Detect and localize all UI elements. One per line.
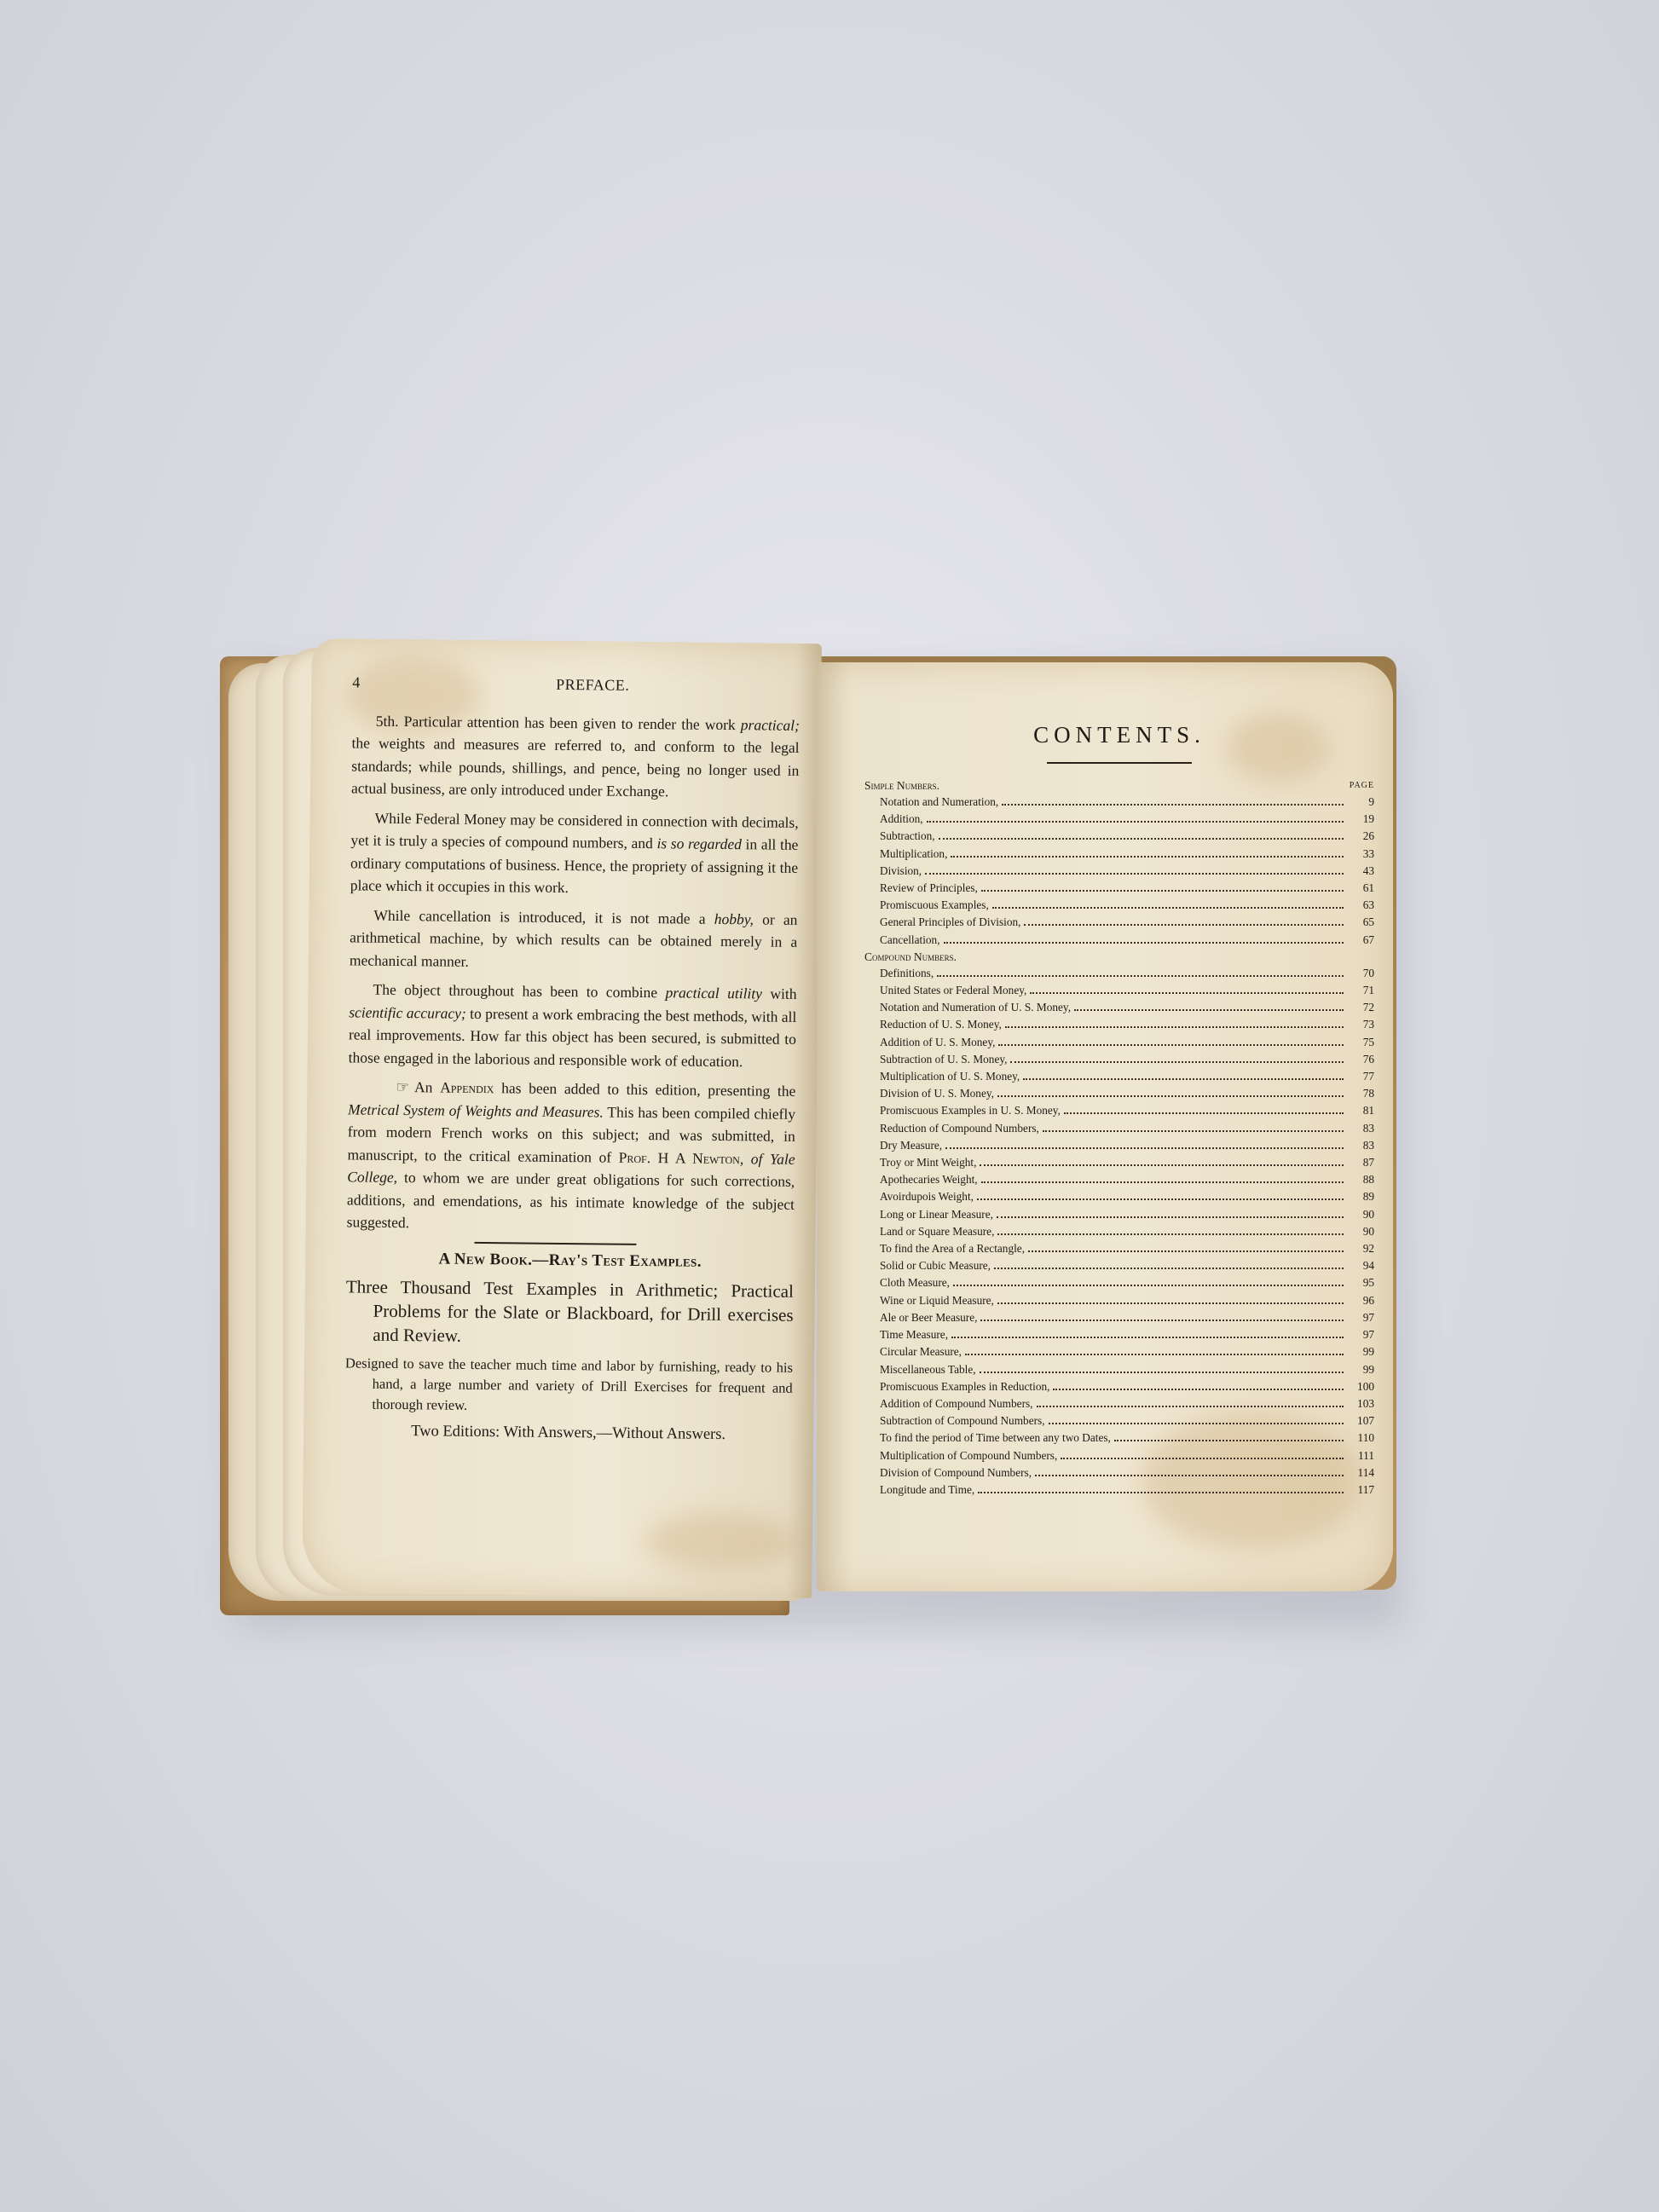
toc-entry-page-number: 9	[1349, 794, 1374, 811]
table-of-contents: Simple Numbers.PAGENotation and Numerati…	[864, 777, 1374, 1499]
dot-leader	[980, 1164, 1344, 1166]
toc-entry-label: Multiplication,	[880, 846, 947, 863]
toc-entry: Division,43	[864, 863, 1374, 880]
toc-entry-label: Cloth Measure,	[880, 1274, 950, 1291]
toc-entry: Division of U. S. Money,78	[864, 1085, 1374, 1102]
toc-entry-label: Solid or Cubic Measure,	[880, 1257, 991, 1274]
toc-entry-page-number: 72	[1349, 999, 1374, 1016]
toc-entry-label: Addition of U. S. Money,	[880, 1034, 995, 1051]
toc-entry: Reduction of U. S. Money,73	[864, 1016, 1374, 1033]
dot-leader	[994, 1268, 1344, 1269]
dot-leader	[1049, 1423, 1344, 1424]
toc-entry-page-number: 95	[1349, 1274, 1374, 1291]
text-italic: practical;	[741, 716, 800, 734]
toc-entry-page-number: 63	[1349, 897, 1374, 914]
toc-entry-label: Promiscuous Examples in U. S. Money,	[880, 1102, 1061, 1119]
running-head-title: PREFACE.	[556, 673, 629, 696]
text: has been added to this edition, presenti…	[494, 1079, 795, 1100]
running-header: 4 PREFACE.	[352, 671, 800, 698]
toc-entry-page-number: 26	[1349, 828, 1374, 845]
page-column-label: PAGE	[1350, 777, 1374, 794]
toc-entry: United States or Federal Money,71	[864, 982, 1374, 999]
dot-leader	[927, 821, 1344, 823]
toc-entry-label: Dry Measure,	[880, 1137, 942, 1154]
toc-entry-page-number: 83	[1349, 1120, 1374, 1137]
dot-leader	[997, 1095, 1344, 1097]
toc-entry-page-number: 90	[1349, 1206, 1374, 1223]
dot-leader	[945, 1147, 1344, 1149]
toc-entry-label: Division of Compound Numbers,	[880, 1464, 1032, 1481]
text-italic: is so regarded	[656, 835, 742, 852]
toc-entry: Cloth Measure,95	[864, 1274, 1374, 1291]
section-heading-label: Simple Numbers.	[864, 777, 939, 794]
page-number: 4	[352, 671, 360, 694]
toc-entry-page-number: 73	[1349, 1016, 1374, 1033]
toc-entry: Multiplication of U. S. Money,77	[864, 1068, 1374, 1085]
dot-leader	[1043, 1130, 1344, 1132]
dot-leader	[1005, 1026, 1344, 1028]
toc-entry: To find the period of Time between any t…	[864, 1429, 1374, 1447]
toc-entry-label: Subtraction,	[880, 828, 935, 845]
toc-entry: Time Measure,97	[864, 1326, 1374, 1343]
toc-entry-label: Wine or Liquid Measure,	[880, 1292, 994, 1309]
toc-entry-page-number: 87	[1349, 1154, 1374, 1171]
toc-entry-label: Addition of Compound Numbers,	[880, 1395, 1033, 1412]
toc-entry-label: Troy or Mint Weight,	[880, 1154, 976, 1171]
toc-entry: Reduction of Compound Numbers,83	[864, 1120, 1374, 1137]
contents-title: CONTENTS.	[864, 722, 1374, 748]
toc-entry-label: Subtraction of U. S. Money,	[880, 1051, 1007, 1068]
toc-entry-page-number: 110	[1349, 1429, 1374, 1447]
toc-entry-page-number: 89	[1349, 1188, 1374, 1205]
toc-entry-label: Reduction of U. S. Money,	[880, 1016, 1002, 1033]
toc-entry-page-number: 61	[1349, 880, 1374, 897]
toc-entry-page-number: 33	[1349, 846, 1374, 863]
dot-leader	[1053, 1389, 1344, 1390]
toc-entry: Miscellaneous Table,99	[864, 1361, 1374, 1378]
toc-entry-page-number: 65	[1349, 914, 1374, 931]
toc-entry: Dry Measure,83	[864, 1137, 1374, 1154]
toc-entry: Addition of Compound Numbers,103	[864, 1395, 1374, 1412]
preface-paragraph: 5th. Particular attention has been given…	[351, 709, 800, 804]
toc-entry-page-number: 103	[1349, 1395, 1374, 1412]
text-italic: practical utility	[665, 984, 762, 1002]
toc-entry-label: Ale or Beer Measure,	[880, 1309, 977, 1326]
text-italic: Metrical System of Weights and Measures.	[348, 1100, 604, 1120]
text: with	[762, 985, 797, 1002]
dot-leader	[980, 1372, 1344, 1373]
toc-entry: Promiscuous Examples,63	[864, 897, 1374, 914]
toc-entry: Avoirdupois Weight,89	[864, 1188, 1374, 1205]
dot-leader	[981, 1181, 1344, 1183]
toc-entry-page-number: 90	[1349, 1223, 1374, 1240]
toc-entry: Apothecaries Weight,88	[864, 1171, 1374, 1188]
toc-entry: Addition of U. S. Money,75	[864, 1034, 1374, 1051]
text: The object throughout has been to combin…	[373, 981, 665, 1002]
toc-entry-page-number: 88	[1349, 1171, 1374, 1188]
toc-entry: Longitude and Time,117	[864, 1481, 1374, 1499]
dot-leader	[997, 1302, 1344, 1304]
dot-leader	[951, 856, 1344, 858]
toc-section-heading: Compound Numbers.	[864, 949, 1374, 965]
toc-entry-label: Multiplication of Compound Numbers,	[880, 1447, 1057, 1464]
toc-entry-label: Subtraction of Compound Numbers,	[880, 1412, 1045, 1429]
preface-paragraph: The object throughout has been to combin…	[349, 978, 797, 1072]
toc-entry: Promiscuous Examples in U. S. Money,81	[864, 1102, 1374, 1119]
text: 5th. Particular attention has been given…	[376, 712, 741, 732]
advertisement-description: Designed to save the teacher much time a…	[344, 1353, 793, 1418]
dot-leader	[981, 890, 1344, 892]
toc-entry-label: Longitude and Time,	[880, 1481, 974, 1499]
dot-leader	[1035, 1475, 1344, 1476]
text: to whom we are under great obligations f…	[347, 1169, 795, 1231]
appendix-note-paragraph: ☞An Appendix has been added to this edit…	[347, 1075, 796, 1238]
toc-entry-page-number: 97	[1349, 1309, 1374, 1326]
dot-leader	[1028, 1250, 1344, 1252]
contents-block: CONTENTS. Simple Numbers.PAGENotation an…	[864, 722, 1374, 1499]
dot-leader	[953, 1285, 1344, 1286]
text-small-caps: Appendix	[440, 1079, 494, 1097]
toc-entry: Definitions,70	[864, 965, 1374, 982]
toc-entry: Subtraction of Compound Numbers,107	[864, 1412, 1374, 1429]
text: the weights and measures are referred to…	[351, 734, 800, 800]
toc-entry: Multiplication,33	[864, 846, 1374, 863]
left-page-preface: 4 PREFACE. 5th. Particular attention has…	[302, 638, 822, 1598]
toc-entry-label: Division of U. S. Money,	[880, 1085, 994, 1102]
text: While cancellation is introduced, it is …	[373, 906, 714, 927]
foxing-stain	[643, 1511, 797, 1573]
toc-entry-label: Multiplication of U. S. Money,	[880, 1068, 1020, 1085]
dot-leader	[1037, 1406, 1344, 1407]
dot-leader	[998, 1044, 1344, 1046]
toc-entry-page-number: 92	[1349, 1240, 1374, 1257]
toc-entry-label: Review of Principles,	[880, 880, 978, 897]
toc-entry-page-number: 117	[1349, 1481, 1374, 1499]
toc-entry-label: Definitions,	[880, 965, 934, 982]
dot-leader	[937, 975, 1344, 977]
toc-entry: General Principles of Division,65	[864, 914, 1374, 931]
toc-entry-label: Notation and Numeration,	[880, 794, 998, 811]
title-rule	[1047, 762, 1192, 764]
dot-leader	[997, 1233, 1344, 1235]
toc-entry-page-number: 111	[1349, 1447, 1374, 1464]
toc-entry-page-number: 83	[1349, 1137, 1374, 1154]
toc-entry: Troy or Mint Weight,87	[864, 1154, 1374, 1171]
advertisement-heading: A New Book.—Ray's Test Examples.	[346, 1247, 794, 1274]
dot-leader	[1030, 992, 1344, 994]
dot-leader	[939, 838, 1344, 840]
section-heading-label: Compound Numbers.	[864, 949, 957, 965]
advertisement-headline: Three Thousand Test Examples in Arithmet…	[345, 1274, 794, 1350]
advertisement-editions: Two Editions: With Answers,—Without Answ…	[344, 1419, 792, 1447]
toc-entry-label: Cancellation,	[880, 932, 940, 949]
dot-leader	[1061, 1458, 1344, 1459]
text-italic: scientific accuracy;	[349, 1003, 466, 1021]
toc-entry-label: Promiscuous Examples,	[880, 897, 989, 914]
toc-entry-label: Division,	[880, 863, 922, 880]
dot-leader	[951, 1337, 1344, 1338]
toc-entry-page-number: 81	[1349, 1102, 1374, 1119]
text-small-caps: Prof. H A Newton,	[619, 1148, 744, 1167]
toc-entry-page-number: 71	[1349, 982, 1374, 999]
toc-entry-page-number: 99	[1349, 1343, 1374, 1360]
dot-leader	[944, 942, 1344, 944]
toc-entry-page-number: 114	[1349, 1464, 1374, 1481]
dot-leader	[1024, 924, 1344, 926]
toc-entry-label: Apothecaries Weight,	[880, 1171, 978, 1188]
toc-entry: Notation and Numeration,9	[864, 794, 1374, 811]
toc-entry: To find the Area of a Rectangle,92	[864, 1240, 1374, 1257]
dot-leader	[997, 1216, 1344, 1218]
dot-leader	[1010, 1061, 1344, 1063]
toc-entry-label: Avoirdupois Weight,	[880, 1188, 974, 1205]
toc-entry-page-number: 99	[1349, 1361, 1374, 1378]
dot-leader	[980, 1320, 1344, 1321]
toc-entry-label: Reduction of Compound Numbers,	[880, 1120, 1039, 1137]
right-page-contents: CONTENTS. Simple Numbers.PAGENotation an…	[817, 662, 1393, 1591]
toc-entry-label: Addition,	[880, 811, 923, 828]
toc-section-heading: Simple Numbers.PAGE	[864, 777, 1374, 794]
toc-entry-label: Long or Linear Measure,	[880, 1206, 993, 1223]
toc-entry: Wine or Liquid Measure,96	[864, 1292, 1374, 1309]
toc-entry-label: United States or Federal Money,	[880, 982, 1026, 999]
toc-entry-page-number: 75	[1349, 1034, 1374, 1051]
dot-leader	[1114, 1440, 1344, 1441]
toc-entry: Review of Principles,61	[864, 880, 1374, 897]
text-italic: hobby,	[714, 910, 754, 927]
toc-entry-label: Circular Measure,	[880, 1343, 962, 1360]
toc-entry-page-number: 70	[1349, 965, 1374, 982]
toc-entry-page-number: 78	[1349, 1085, 1374, 1102]
toc-entry: Circular Measure,99	[864, 1343, 1374, 1360]
toc-entry-label: Land or Square Measure,	[880, 1223, 994, 1240]
toc-entry-label: To find the period of Time between any t…	[880, 1429, 1111, 1447]
toc-entry-page-number: 43	[1349, 863, 1374, 880]
toc-entry: Land or Square Measure,90	[864, 1223, 1374, 1240]
dot-leader	[978, 1492, 1344, 1493]
toc-entry-page-number: 107	[1349, 1412, 1374, 1429]
dot-leader	[965, 1354, 1344, 1355]
preface-paragraph: While cancellation is introduced, it is …	[350, 904, 798, 976]
toc-entry-page-number: 67	[1349, 932, 1374, 949]
preface-text-block: 4 PREFACE. 5th. Particular attention has…	[344, 671, 801, 1453]
toc-entry: Addition,19	[864, 811, 1374, 828]
dot-leader	[977, 1198, 1344, 1200]
text: An	[414, 1078, 440, 1095]
toc-entry-page-number: 19	[1349, 811, 1374, 828]
pointing-hand-icon: ☞	[372, 1076, 409, 1099]
toc-entry-label: Time Measure,	[880, 1326, 948, 1343]
toc-entry-page-number: 76	[1349, 1051, 1374, 1068]
toc-entry: Ale or Beer Measure,97	[864, 1309, 1374, 1326]
toc-entry: Long or Linear Measure,90	[864, 1206, 1374, 1223]
toc-entry: Notation and Numeration of U. S. Money,7…	[864, 999, 1374, 1016]
toc-entry-label: General Principles of Division,	[880, 914, 1020, 931]
toc-entry: Multiplication of Compound Numbers,111	[864, 1447, 1374, 1464]
toc-entry-label: Miscellaneous Table,	[880, 1361, 976, 1378]
toc-entry: Solid or Cubic Measure,94	[864, 1257, 1374, 1274]
toc-entry: Promiscuous Examples in Reduction,100	[864, 1378, 1374, 1395]
toc-entry: Cancellation,67	[864, 932, 1374, 949]
toc-entry-page-number: 96	[1349, 1292, 1374, 1309]
toc-entry-label: Notation and Numeration of U. S. Money,	[880, 999, 1071, 1016]
toc-entry-label: To find the Area of a Rectangle,	[880, 1240, 1025, 1257]
toc-entry-page-number: 100	[1349, 1378, 1374, 1395]
toc-entry-page-number: 94	[1349, 1257, 1374, 1274]
toc-entry-page-number: 77	[1349, 1068, 1374, 1085]
dot-leader	[1023, 1078, 1344, 1080]
dot-leader	[992, 907, 1344, 909]
dot-leader	[1002, 804, 1344, 806]
toc-entry: Subtraction,26	[864, 828, 1374, 845]
toc-entry: Subtraction of U. S. Money,76	[864, 1051, 1374, 1068]
toc-entry-label: Promiscuous Examples in Reduction,	[880, 1378, 1049, 1395]
divider-rule	[474, 1241, 636, 1245]
toc-entry: Division of Compound Numbers,114	[864, 1464, 1374, 1481]
dot-leader	[1064, 1112, 1344, 1114]
toc-entry-page-number: 97	[1349, 1326, 1374, 1343]
dot-leader	[925, 873, 1344, 875]
preface-paragraph: While Federal Money may be considered in…	[350, 806, 799, 901]
dot-leader	[1074, 1009, 1344, 1011]
